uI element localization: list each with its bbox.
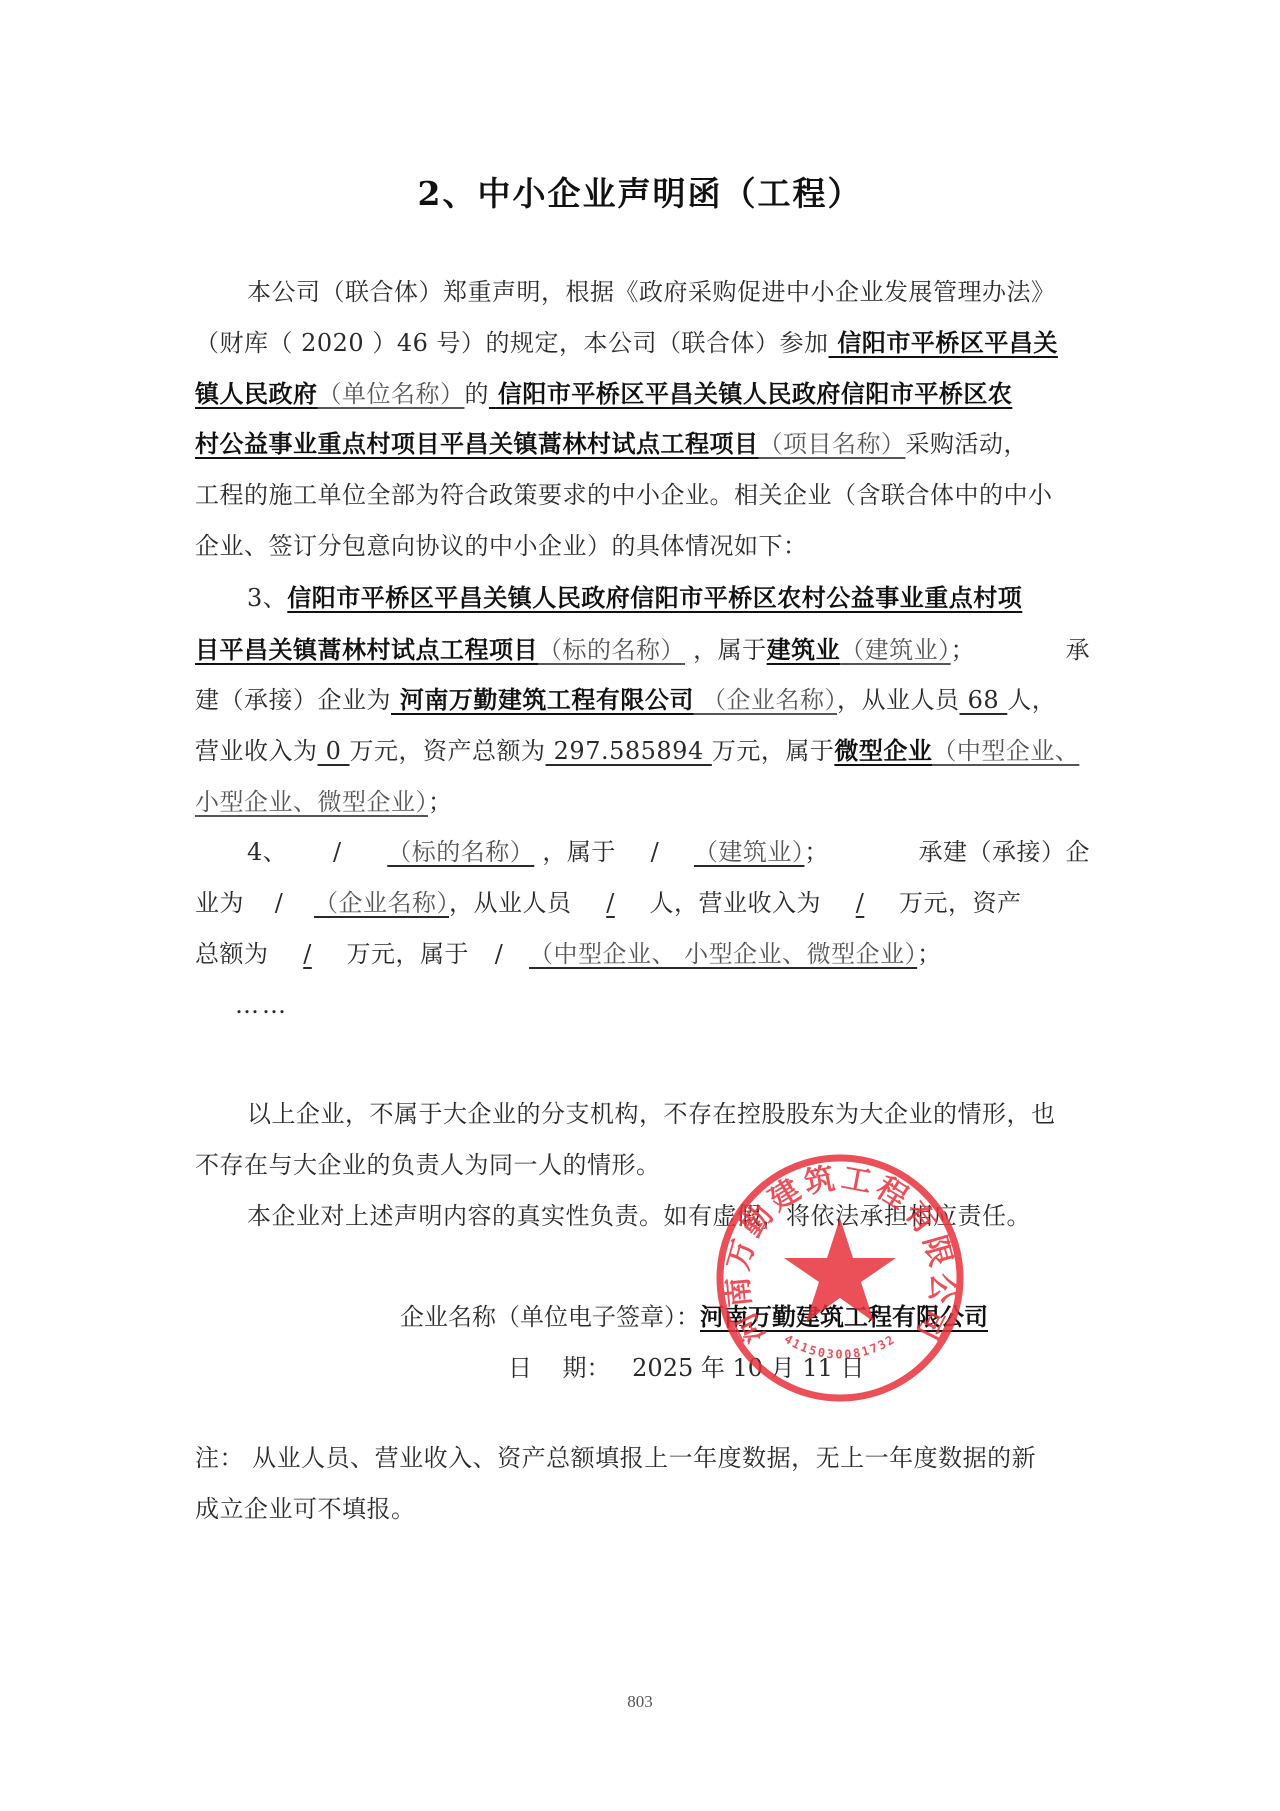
size-hint-cont: 小型企业、微型企业） [195,788,428,816]
item4-industry: / [616,832,694,872]
item3-number: 3、 [247,584,287,612]
statement-line-3: 本企业对上述声明内容的真实性负责。如有虚假，将依法承担相应责任。 [247,1196,1090,1236]
employees-unit: 人， [1007,686,1056,714]
page-title: 2、中小企业声明函（工程） [0,168,1280,215]
item3-line-5: 小型企业、微型企业）； [195,782,1090,822]
unit-name-hint: （单位名称） [318,380,465,408]
document-page: 2、中小企业声明函（工程） 本公司（联合体）郑重声明，根据《政府采购促进中小企业… [0,0,1280,1811]
date-month-unit: 月 [771,1354,795,1382]
intro-line-3: 镇人民政府（单位名称）的 信阳市平桥区平昌关镇人民政府信阳市平桥区农 [195,374,1090,414]
separator: ； [804,838,829,866]
project-name-cont: 村公益事业重点村项目平昌关镇蒿林村试点工程项目 [195,429,759,458]
date-label: 日 期： [508,1354,611,1382]
item4-subject: / [287,832,387,872]
contractor-label: 建（承接）企业为 [195,686,391,714]
company-name-hint: （企业名称） [314,889,449,917]
intro-line-2: （财库（ 2020 ）46 号）的规定，本公司（联合体）参加 信阳市平桥区平昌关 [195,323,1090,363]
employees-unit: 人，营业收入为 [650,889,822,917]
item4-revenue: / [821,883,899,923]
project-name: 信阳市平桥区平昌关镇人民政府信阳市平桥区农 [489,379,1012,408]
item3-subject-cont: 目平昌关镇蒿林村试点工程项目 [195,635,538,664]
item3-assets: 297.585894 [546,737,712,765]
page-number: 803 [0,1692,1280,1712]
signature-label: 企业名称（单位电子签章）： [400,1303,700,1331]
contractor-label: 承 [1066,630,1091,670]
item4-line-2: 业为/（企业名称），从业人员/人，营业收入为/万元，资产 [195,883,1090,923]
subject-name-hint: （标的名称） [387,838,534,866]
industry-hint: （建筑业） [840,636,951,664]
item3-employees: 68 [960,686,1008,714]
item4-line-3: 总额为/万元，属于/（中型企业、 小型企业、微型企业）； [195,934,1090,974]
subject-name-hint: （标的名称） [538,636,685,664]
intro-line-4: 村公益事业重点村项目平昌关镇蒿林村试点工程项目（项目名称）采购活动， [195,424,1090,464]
item4-size: / [469,934,529,974]
date-line: 日 期： 2025 年 10 月 11 日 [508,1348,865,1388]
intro-line-1: 本公司（联合体）郑重声明，根据《政府采购促进中小企业发展管理办法》 [247,272,1090,312]
date-day: 11 [802,1354,833,1382]
intro-text: 采购活动， [906,430,1029,458]
date-month: 10 [733,1354,764,1382]
note-line-2: 成立企业可不填报。 [195,1489,1090,1529]
purchaser-name: 信阳市平桥区平昌关 [829,328,1058,357]
item3-line-4: 营业收入为 0 万元，资产总额为 297.585894 万元，属于微型企业（中型… [195,731,1090,771]
item4-line-1: 4、/（标的名称） ，属于/（建筑业）； 承建（承接）企 [247,832,1090,872]
ellipsis: …… [235,985,1078,1025]
assets-label: 总额为 [195,940,269,968]
date-year: 2025 [632,1354,693,1382]
item3-line-3: 建（承接）企业为 河南万勤建筑工程有限公司 （企业名称），从业人员 68 人， [195,680,1090,720]
purchaser-name-cont: 镇人民政府 [195,379,318,408]
item3-size: 微型企业 [834,736,932,765]
item3-revenue: 0 [318,737,350,765]
revenue-unit: 万元，资产 [899,889,1022,917]
signature-line: 企业名称（单位电子签章）：河南万勤建筑工程有限公司 [400,1297,988,1337]
size-hint: （中型企业、 [932,737,1079,765]
assets-unit: 万元，属于 [347,940,470,968]
statement-line-2: 不存在与大企业的负责人为同一人的情形。 [195,1145,1090,1185]
item4-employees: / [572,883,650,923]
assets-unit: 万元，属于 [712,737,835,765]
employees-label: ，从业人员 [449,889,572,917]
separator: ； [951,636,976,664]
size-hint: （中型企业、 小型企业、微型企业） [529,940,917,968]
belongs-label: ，属于 [542,838,616,866]
separator: ； [428,788,453,816]
signature-company: 河南万勤建筑工程有限公司 [700,1302,988,1331]
item3-company: 河南万勤建筑工程有限公司 [391,685,694,714]
intro-line-5: 工程的施工单位全部为符合政策要求的中小企业。相关企业（含联合体中的中小 [195,475,1090,515]
item3-industry: 建筑业 [767,635,841,664]
date-day-unit: 日 [841,1354,865,1382]
item3-subject: 信阳市平桥区平昌关镇人民政府信阳市平桥区农村公益事业重点村项 [287,583,1022,612]
item3-line-2: 目平昌关镇蒿林村试点工程项目（标的名称） ，属于建筑业（建筑业）； 承 [195,630,1090,670]
date-year-unit: 年 [701,1354,725,1382]
employees-label: ，从业人员 [837,686,960,714]
belongs-label: ，属于 [693,636,767,664]
item4-assets: / [269,934,347,974]
revenue-unit: 万元，资产总额为 [350,737,546,765]
industry-hint: （建筑业） [694,838,805,866]
item4-number: 4、 [247,838,287,866]
revenue-label: 营业收入为 [195,737,318,765]
note-line-1: 注： 从业人员、营业收入、资产总额填报上一年度数据，无上一年度数据的新 [195,1438,1090,1478]
statement-line-1: 以上企业，不属于大企业的分支机构，不存在控股股东为大企业的情形，也 [247,1094,1090,1134]
intro-text: （财库（ 2020 ）46 号）的规定，本公司（联合体）参加 [195,329,829,357]
company-name-hint: （企业名称） [694,686,837,714]
intro-line-6: 企业、签订分包意向协议的中小企业）的具体情况如下： [195,526,1090,566]
item3-line-1: 3、信阳市平桥区平昌关镇人民政府信阳市平桥区农村公益事业重点村项 [247,578,1090,618]
intro-text: 的 [465,380,490,408]
contractor-label: 承建（承接）企 [919,832,1091,872]
separator: ； [917,940,942,968]
contractor-label: 业为 [195,889,244,917]
item4-company: / [244,883,314,923]
project-name-hint: （项目名称） [759,430,906,458]
